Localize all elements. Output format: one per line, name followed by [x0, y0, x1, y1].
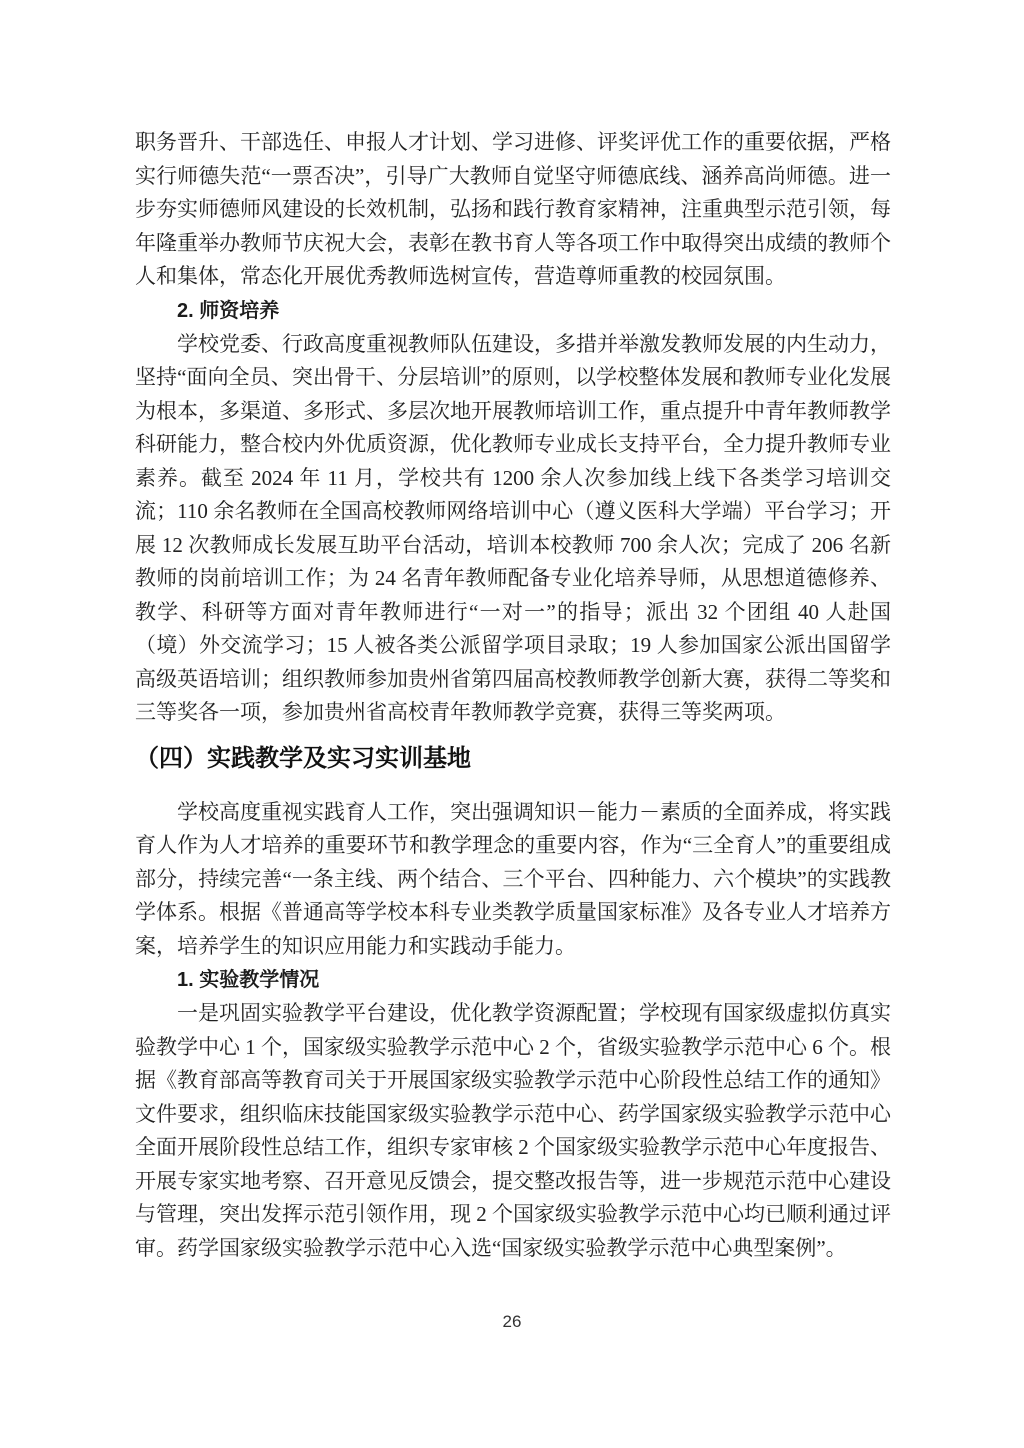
- document-body: 职务晋升、干部选任、申报人才计划、学习进修、评奖评优工作的重要依据，严格实行师德…: [135, 126, 891, 1265]
- page-footer: 26: [0, 1312, 1024, 1332]
- paragraph-experiment-teaching: 一是巩固实验教学平台建设，优化教学资源配置；学校现有国家级虚拟仿真实验教学中心 …: [135, 997, 891, 1265]
- document-page: 职务晋升、干部选任、申报人才计划、学习进修、评奖评优工作的重要依据，严格实行师德…: [0, 0, 1024, 1448]
- subsection-heading-experiment-teaching: 1. 实验教学情况: [135, 963, 891, 997]
- page-number: 26: [503, 1312, 522, 1331]
- paragraph-practical-education: 学校高度重视实践育人工作，突出强调知识－能力－素质的全面养成，将实践育人作为人才…: [135, 796, 891, 964]
- paragraph-teacher-training: 学校党委、行政高度重视教师队伍建设，多措并举激发教师发展的内生动力，坚持“面向全…: [135, 328, 891, 730]
- paragraph-teacher-ethics: 职务晋升、干部选任、申报人才计划、学习进修、评奖评优工作的重要依据，严格实行师德…: [135, 126, 891, 294]
- subsection-heading-teacher-training: 2. 师资培养: [135, 294, 891, 328]
- section-heading-practical-teaching: （四）实践教学及实习实训基地: [135, 740, 891, 778]
